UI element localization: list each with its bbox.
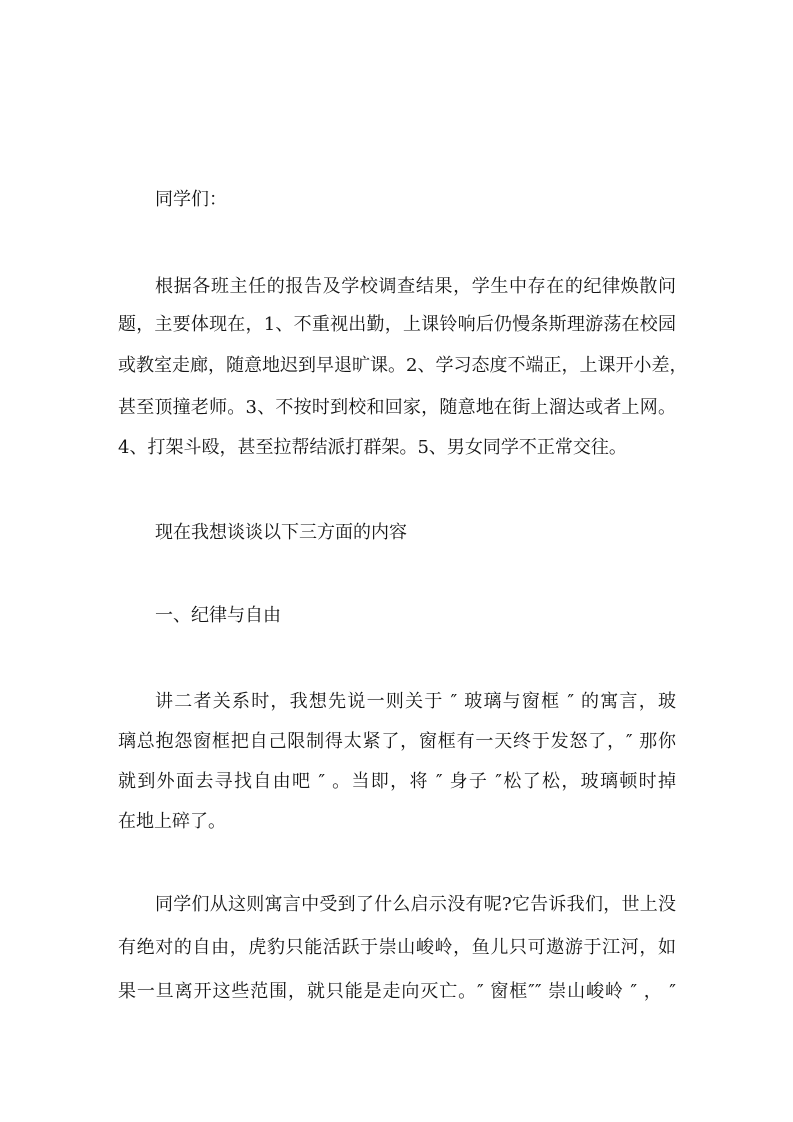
lesson-line-3: 果一旦离开这些范围，就只能是走向灭亡。″ 窗框″″ 崇山峻岭 ″ ， ″	[118, 980, 676, 1004]
problems-line-1: 根据各班主任的报告及学校调查结果，学生中存在的纪律焕散问	[155, 275, 676, 299]
section-heading-discipline-freedom: 一、纪律与自由	[155, 604, 676, 628]
problems-line-4: 甚至顶撞老师。3、不按时到校和回家，随意地在街上溜达或者上网。	[118, 396, 676, 420]
fable-line-2: 璃总抱怨窗框把自己限制得太紧了，窗框有一天终于发怒了，″ 那你	[118, 730, 676, 754]
salutation-line: 同学们：	[155, 188, 676, 212]
problems-line-5: 4、打架斗殴，甚至拉帮结派打群架。5、男女同学不正常交往。	[118, 436, 676, 460]
lesson-line-2: 有绝对的自由，虎豹只能活跃于崇山峻岭，鱼儿只可遨游于江河，如	[118, 936, 676, 960]
intro-line: 现在我想谈谈以下三方面的内容	[155, 521, 676, 545]
fable-line-3: 就到外面去寻找自由吧 ″ 。当即，将 ″ 身子 ″松了松，玻璃顿时掉	[118, 770, 676, 794]
document-page: 同学们： 根据各班主任的报告及学校调查结果，学生中存在的纪律焕散问 题，主要体现…	[0, 0, 793, 1122]
fable-line-1: 讲二者关系时，我想先说一则关于 ″ 玻璃与窗框 ″ 的寓言，玻	[155, 690, 676, 714]
problems-line-2: 题，主要体现在，1、不重视出勤，上课铃响后仍慢条斯理游荡在校园	[118, 313, 676, 337]
fable-line-4: 在地上碎了。	[118, 810, 676, 834]
problems-line-3: 或教室走廊，随意地迟到早退旷课。2、学习态度不端正，上课开小差，	[118, 354, 676, 378]
lesson-line-1: 同学们从这则寓言中受到了什么启示没有呢?它告诉我们，世上没	[155, 893, 676, 917]
